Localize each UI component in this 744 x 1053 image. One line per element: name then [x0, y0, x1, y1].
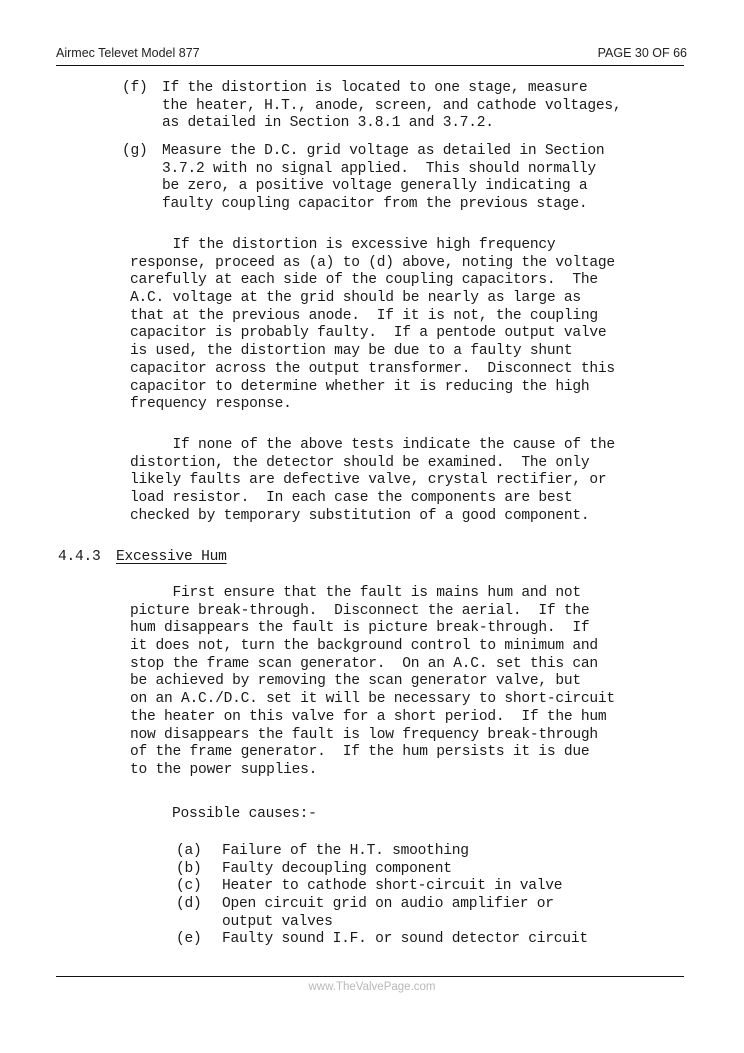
item-text-line: be zero, a positive voltage generally in… [162, 178, 587, 194]
cause-label: (a) [176, 843, 222, 861]
paragraph-line: is used, the distortion may be due to a … [130, 343, 615, 361]
paragraph-line: load resistor. In each case the componen… [130, 490, 615, 508]
item-label: (f) [122, 80, 162, 98]
item-label: (g) [122, 143, 162, 161]
paragraph-line: distortion, the detector should be exami… [130, 455, 615, 473]
item-text-line: the heater, H.T., anode, screen, and cat… [162, 98, 621, 114]
paragraph-line: that at the previous anode. If it is not… [130, 308, 615, 326]
item-text-line: 3.7.2 with no signal applied. This shoul… [162, 161, 596, 177]
paragraph-line: response, proceed as (a) to (d) above, n… [130, 255, 615, 273]
cause-label: (e) [176, 931, 222, 949]
cause-label: (c) [176, 878, 222, 896]
cause-item: (a)Failure of the H.T. smoothing [176, 843, 588, 861]
possible-causes-list: (a)Failure of the H.T. smoothing (b)Faul… [176, 843, 588, 949]
list-item-g: (g)Measure the D.C. grid voltage as deta… [122, 143, 604, 214]
cause-label: (d) [176, 896, 222, 914]
paragraph-line: to the power supplies. [130, 762, 615, 780]
paragraph-line: capacitor to determine whether it is red… [130, 379, 615, 397]
page-number: PAGE 30 OF 66 [598, 46, 687, 60]
paragraph-line: hum disappears the fault is picture brea… [130, 620, 615, 638]
paragraph-line: checked by temporary substitution of a g… [130, 508, 615, 526]
item-text-line: Measure the D.C. grid voltage as detaile… [162, 143, 604, 159]
cause-text: output valves [222, 914, 333, 930]
paragraph-line: carefully at each side of the coupling c… [130, 272, 615, 290]
cause-item: (c)Heater to cathode short-circuit in va… [176, 878, 588, 896]
item-text-line: If the distortion is located to one stag… [162, 80, 587, 96]
paragraph-high-frequency: If the distortion is excessive high freq… [130, 237, 615, 414]
paragraph-line: capacitor across the output transformer.… [130, 361, 615, 379]
possible-causes-heading: Possible causes:- [172, 806, 317, 824]
paragraph-line: be achieved by removing the scan generat… [130, 673, 615, 691]
cause-text: Failure of the H.T. smoothing [222, 843, 469, 859]
cause-item: (b)Faulty decoupling component [176, 861, 588, 879]
cause-item: (e)Faulty sound I.F. or sound detector c… [176, 931, 588, 949]
paragraph-line: stop the frame scan generator. On an A.C… [130, 656, 615, 674]
footer-divider [56, 976, 684, 977]
paragraph-line: picture break-through. Disconnect the ae… [130, 603, 615, 621]
paragraph-line: likely faults are defective valve, cryst… [130, 472, 615, 490]
footer-watermark: www.TheValvePage.com [0, 981, 744, 993]
paragraph-detector: If none of the above tests indicate the … [130, 437, 615, 525]
paragraph-line: First ensure that the fault is mains hum… [130, 585, 615, 603]
cause-text: Faulty sound I.F. or sound detector circ… [222, 931, 588, 947]
list-item-f: (f)If the distortion is located to one s… [122, 80, 621, 133]
section-title: Excessive Hum [116, 549, 227, 565]
paragraph-line: capacitor is probably faulty. If a pento… [130, 325, 615, 343]
section-heading: 4.4.3Excessive Hum [58, 549, 227, 567]
cause-item-continuation: output valves [176, 914, 588, 932]
cause-text: Faulty decoupling component [222, 861, 452, 877]
paragraph-line: If the distortion is excessive high freq… [130, 237, 615, 255]
item-text-line: as detailed in Section 3.8.1 and 3.7.2. [162, 115, 494, 131]
paragraph-line: now disappears the fault is low frequenc… [130, 727, 615, 745]
document-title: Airmec Televet Model 877 [56, 46, 200, 60]
header-divider [56, 65, 684, 66]
paragraph-line: frequency response. [130, 396, 615, 414]
item-text-line: faulty coupling capacitor from the previ… [162, 196, 587, 212]
cause-text: Open circuit grid on audio amplifier or [222, 896, 554, 912]
section-number: 4.4.3 [58, 549, 116, 567]
cause-item: (d)Open circuit grid on audio amplifier … [176, 896, 588, 914]
paragraph-hum: First ensure that the fault is mains hum… [130, 585, 615, 780]
cause-label: (b) [176, 861, 222, 879]
paragraph-line: the heater on this valve for a short per… [130, 709, 615, 727]
paragraph-line: on an A.C./D.C. set it will be necessary… [130, 691, 615, 709]
paragraph-line: A.C. voltage at the grid should be nearl… [130, 290, 615, 308]
paragraph-line: If none of the above tests indicate the … [130, 437, 615, 455]
paragraph-line: of the frame generator. If the hum persi… [130, 744, 615, 762]
paragraph-line: it does not, turn the background control… [130, 638, 615, 656]
cause-text: Heater to cathode short-circuit in valve [222, 878, 562, 894]
